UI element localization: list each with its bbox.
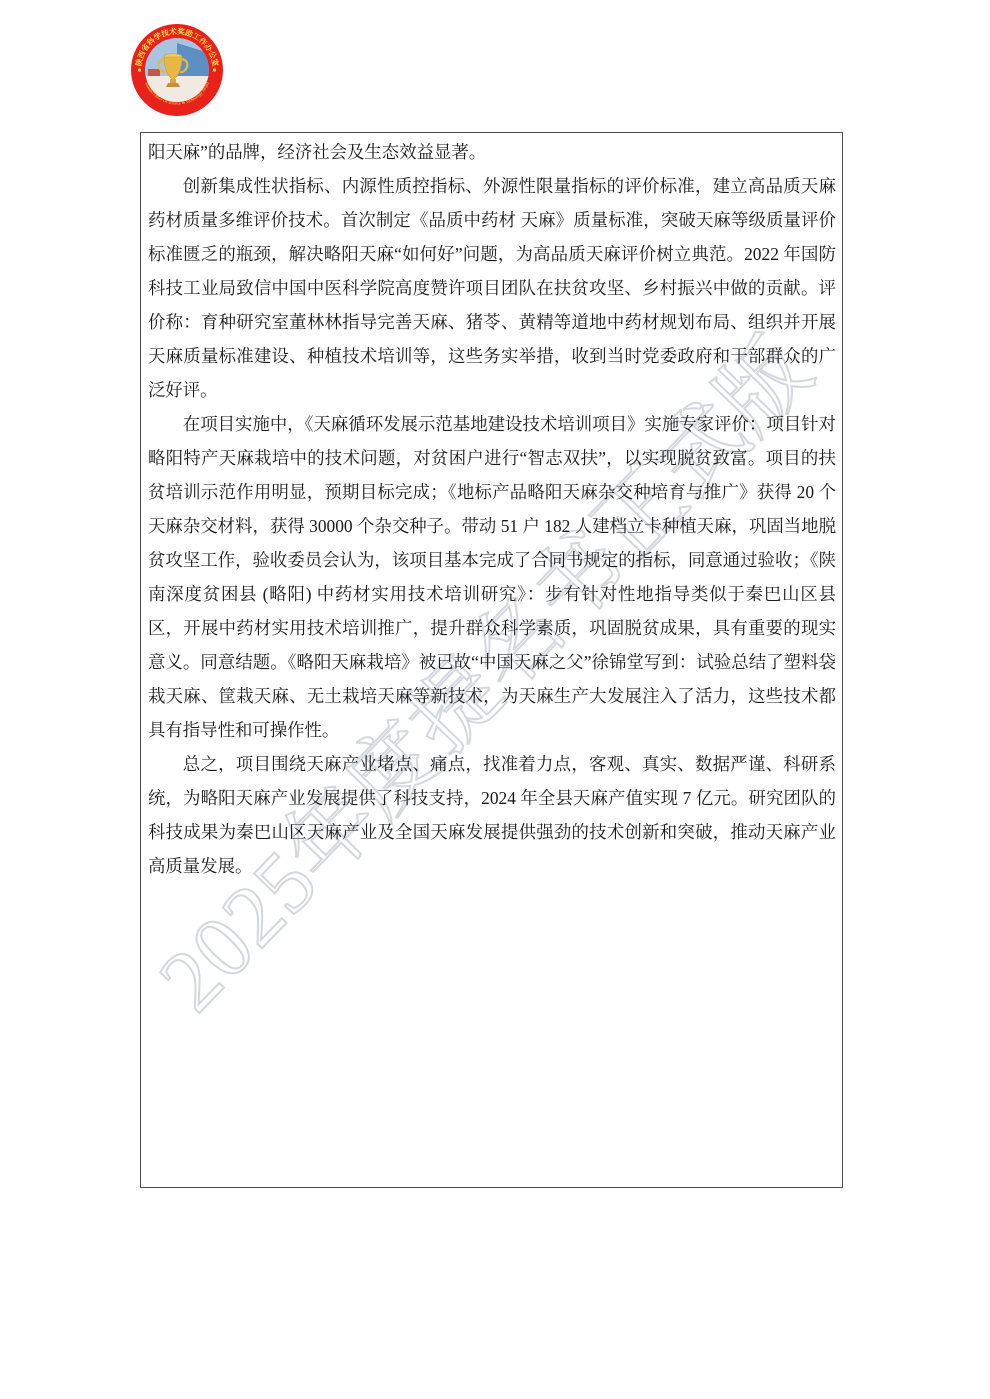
seal-star-right	[213, 68, 216, 71]
body-paragraph: 总之，项目围绕天麻产业堵点、痛点，找准着力点，客观、真实、数据严谨、科研系统，为…	[148, 747, 836, 883]
seal-star-left	[138, 68, 141, 71]
body-paragraph: 阳天麻”的品牌，经济社会及生态效益显著。	[148, 135, 836, 169]
body-paragraph: 在项目实施中，《天麻循环发展示范基地建设技术培训项目》实施专家评价：项目针对略阳…	[148, 407, 836, 747]
content-cell: 阳天麻”的品牌，经济社会及生态效益显著。 创新集成性状指标、内源性质控指标、外源…	[140, 132, 843, 1188]
seal-graphic: 陕西省科学技术奖励工作办公室 Shaanxi Office Of Science…	[130, 23, 224, 117]
document-page: 2025年度提名书正式版	[0, 0, 990, 1399]
body-paragraph: 创新集成性状指标、内源性质控指标、外源性限量指标的评价标准，建立高品质天麻药材质…	[148, 169, 836, 407]
office-seal-logo: 陕西省科学技术奖励工作办公室 Shaanxi Office Of Science…	[130, 23, 224, 117]
